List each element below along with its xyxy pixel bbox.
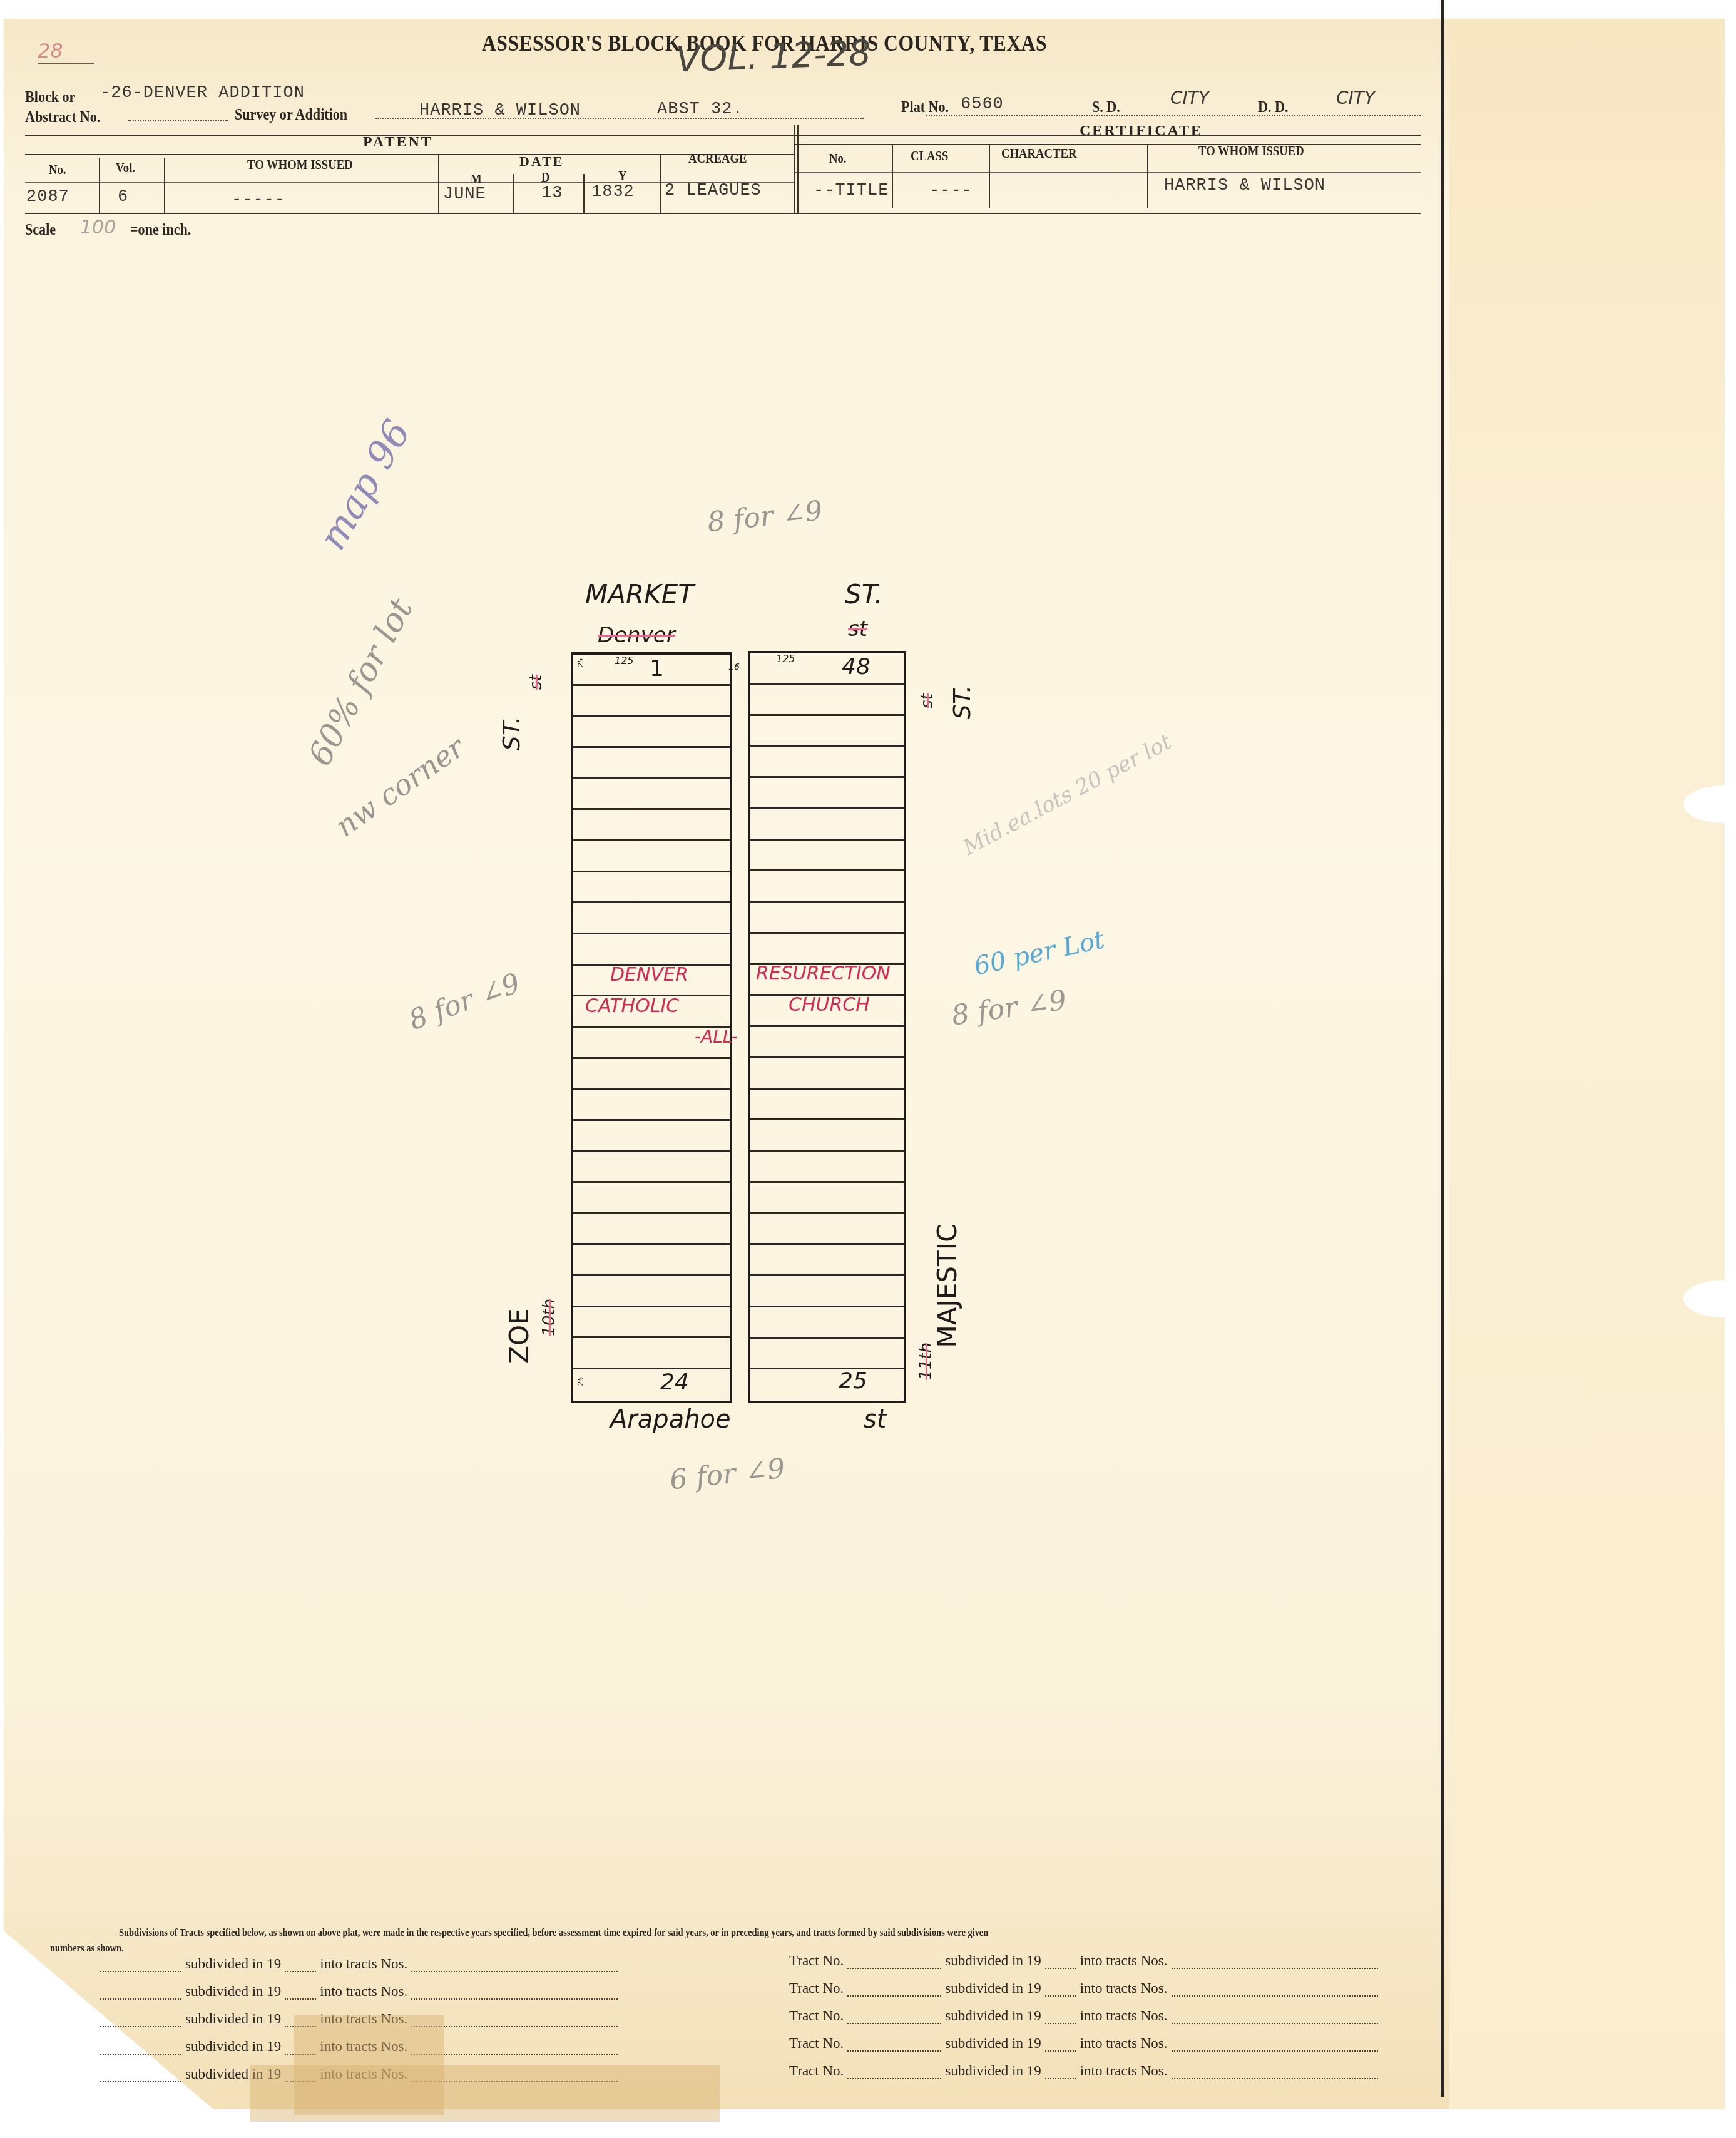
subdivision-row: Tract No.subdivided in 19into tracts Nos…	[785, 1953, 1378, 1969]
tract-field[interactable]	[100, 1987, 181, 2000]
patent-col-to-whom: TO WHOM ISSUED	[247, 156, 353, 173]
col-rule	[164, 158, 165, 213]
lot-parcel[interactable]	[573, 1090, 730, 1121]
lot-label-west-top: 1	[650, 656, 664, 682]
west-bottom-width: 25	[576, 1376, 585, 1386]
tract-field[interactable]	[847, 2039, 941, 2052]
owner-label-denver: DENVER	[610, 964, 688, 986]
lot-parcel[interactable]	[750, 1090, 904, 1121]
lot-parcel[interactable]	[573, 934, 730, 966]
street-east-suffix: ST.	[948, 685, 976, 720]
lot-label-east-top: 48	[842, 654, 871, 680]
block-east[interactable]	[748, 651, 906, 1403]
into-label: into tracts Nos.	[320, 1956, 407, 1972]
subdivided-label: subdivided in 19	[185, 2038, 281, 2055]
tracts-field[interactable]	[1172, 2039, 1378, 2052]
lot-parcel[interactable]	[750, 1214, 904, 1245]
street-north-old-suffix: st	[848, 616, 867, 642]
col-rule	[989, 145, 990, 208]
patent-col-vol: Vol.	[116, 160, 135, 176]
tract-field[interactable]	[100, 2070, 181, 2082]
col-rule	[99, 158, 100, 213]
lot-parcel[interactable]	[750, 1120, 904, 1152]
tracts-field[interactable]	[1172, 1956, 1378, 1969]
lot-parcel[interactable]	[750, 685, 904, 716]
cert-to-whom-value: HARRIS & WILSON	[1164, 176, 1325, 195]
lot-parcel[interactable]	[750, 1369, 904, 1401]
owner-label-resurection: RESURECTION	[756, 963, 891, 985]
lot-parcel[interactable]	[750, 653, 904, 685]
patent-col-year: Y	[618, 168, 627, 184]
cert-no-value: --TITLE	[814, 182, 889, 200]
table-top-rule	[25, 135, 1421, 136]
lot-parcel[interactable]	[573, 810, 730, 841]
subdivided-label: subdivided in 19	[185, 1983, 281, 2000]
block-label: Block or	[25, 88, 75, 106]
lot-parcel[interactable]	[750, 1276, 904, 1307]
scale-label: Scale	[25, 220, 56, 239]
owner-label-all: -ALL-	[695, 1026, 737, 1047]
lot-parcel[interactable]	[750, 809, 904, 841]
tract-field[interactable]	[100, 2015, 181, 2027]
tract-field[interactable]	[847, 1984, 941, 1997]
cert-col-no: No.	[829, 150, 847, 166]
tracts-field[interactable]	[411, 1987, 618, 2000]
col-rule	[1147, 145, 1148, 208]
alley-width: 16	[728, 662, 740, 672]
lot-parcel[interactable]	[573, 1121, 730, 1152]
lot-parcel[interactable]	[750, 934, 904, 965]
subdivision-row: Tract No.subdivided in 19into tracts Nos…	[785, 2035, 1378, 2052]
street-north-suffix: ST.	[845, 579, 883, 610]
col-rule	[438, 154, 439, 213]
patent-col-day: D	[541, 169, 550, 185]
tract-field[interactable]	[847, 2067, 941, 2079]
subdivisions-intro-cont: numbers as shown.	[50, 1942, 124, 1955]
owner-label-church: CHURCH	[789, 994, 870, 1016]
subdivision-row: subdivided in 19into tracts Nos.	[100, 1956, 618, 1972]
abstract-label: Abstract No.	[25, 108, 100, 126]
subdivided-label: subdivided in 19	[945, 2035, 1041, 2052]
certificate-header-rule	[795, 144, 1421, 145]
section-divider-double	[797, 125, 799, 213]
subdivided-label: subdivided in 19	[945, 2063, 1041, 2079]
plat-value: 6560	[961, 95, 1004, 114]
col-rule	[583, 174, 585, 213]
patent-col-no: No.	[49, 161, 66, 178]
tracts-field[interactable]	[1172, 2012, 1378, 2024]
page-number: 28	[38, 39, 94, 64]
lot-parcel[interactable]	[750, 747, 904, 778]
lot-parcel[interactable]	[573, 717, 730, 748]
west-top-width: 25	[576, 658, 585, 667]
subdivided-label: subdivided in 19	[185, 1956, 281, 1972]
survey-field-line	[375, 118, 864, 119]
year-field[interactable]	[1045, 1956, 1076, 1969]
street-west-old-name: 10th	[540, 1299, 559, 1336]
plat-label: Plat No.	[901, 98, 949, 116]
cert-col-class: CLASS	[911, 148, 948, 164]
owner-label-catholic: CATHOLIC	[585, 995, 679, 1017]
tract-label: Tract No.	[789, 2035, 844, 2052]
dd-label: D. D.	[1258, 98, 1289, 116]
repair-tape	[250, 2065, 720, 2122]
patent-col-date: DATE	[519, 153, 564, 170]
subdivided-label: subdivided in 19	[945, 1953, 1041, 1969]
street-west-suffix: ST.	[498, 717, 525, 751]
lot-label-east-bottom: 25	[839, 1368, 867, 1394]
into-label: into tracts Nos.	[1080, 1980, 1168, 1997]
street-west-old-suffix: st	[527, 675, 546, 690]
lot-parcel[interactable]	[573, 1183, 730, 1214]
subdivided-label: subdivided in 19	[185, 2011, 281, 2027]
into-label: into tracts Nos.	[320, 1983, 407, 2000]
tracts-field[interactable]	[411, 1960, 618, 1972]
patent-year-value: 1832	[591, 183, 635, 202]
lot-parcel[interactable]	[573, 1369, 730, 1401]
street-south-suffix: st	[864, 1405, 887, 1434]
lot-parcel[interactable]	[573, 686, 730, 717]
lot-parcel[interactable]	[573, 1214, 730, 1245]
certificate-subheader-rule	[795, 172, 1421, 173]
lot-parcel[interactable]	[573, 748, 730, 779]
lot-parcel[interactable]	[573, 1307, 730, 1339]
certificate-section-label: CERTIFICATE	[1080, 123, 1203, 140]
lot-parcel[interactable]	[750, 1307, 904, 1339]
tract-field[interactable]	[847, 2012, 941, 2024]
lot-parcel[interactable]	[750, 716, 904, 747]
cert-col-to-whom: TO WHOM ISSUED	[1198, 143, 1304, 159]
survey-label: Survey or Addition	[235, 105, 347, 124]
dd-value: CITY	[1336, 88, 1375, 108]
lot-parcel[interactable]	[750, 903, 904, 934]
into-label: into tracts Nos.	[1080, 2035, 1168, 2052]
subdivided-label: subdivided in 19	[945, 1980, 1041, 1997]
lot-parcel[interactable]	[573, 841, 730, 872]
block-value: -26-DENVER ADDITION	[100, 84, 305, 103]
subdivisions-intro: Subdivisions of Tracts specified below, …	[119, 1926, 988, 1939]
col-rule	[660, 154, 661, 213]
east-depth-dimension: 125	[776, 653, 795, 665]
street-north-name: MARKET	[585, 579, 694, 610]
patent-header-rule	[25, 154, 795, 155]
sd-value: CITY	[1170, 88, 1209, 108]
year-field[interactable]	[1045, 2039, 1076, 2052]
tract-field[interactable]	[847, 1956, 941, 1969]
table-bottom-rule	[25, 213, 1421, 214]
patent-no-value: 2087	[26, 188, 69, 207]
abst-value: ABST 32.	[657, 100, 743, 119]
lot-parcel[interactable]	[573, 1059, 730, 1090]
lot-parcel[interactable]	[750, 778, 904, 809]
lot-parcel[interactable]	[750, 1339, 904, 1370]
cert-class-value: ----	[929, 182, 973, 200]
street-east-old-name: 11th	[917, 1343, 936, 1380]
subdivision-row: Tract No.subdivided in 19into tracts Nos…	[785, 1980, 1378, 1997]
lot-parcel[interactable]	[750, 1152, 904, 1183]
right-margin-strip	[1449, 19, 1725, 2109]
tract-label: Tract No.	[789, 2063, 844, 2079]
street-east-old-suffix: st	[918, 693, 937, 708]
lot-parcel[interactable]	[750, 871, 904, 903]
year-field[interactable]	[285, 1987, 316, 2000]
year-field[interactable]	[1045, 1984, 1076, 1997]
cert-col-character: CHARACTER	[1001, 145, 1077, 161]
into-label: into tracts Nos.	[1080, 2063, 1168, 2079]
street-south-name: Arapahoe	[610, 1405, 731, 1434]
lot-parcel[interactable]	[573, 872, 730, 904]
abstract-field	[128, 120, 228, 121]
patent-day-value: 13	[541, 184, 563, 203]
subdivision-row: Tract No.subdivided in 19into tracts Nos…	[785, 2008, 1378, 2024]
lot-parcel[interactable]	[750, 1183, 904, 1214]
lot-parcel[interactable]	[573, 779, 730, 811]
patent-month-value: JUNE	[443, 185, 486, 204]
margin-rule	[1441, 0, 1444, 2097]
scale-suffix: =one inch.	[130, 220, 191, 239]
patent-vol-value: 6	[118, 188, 128, 207]
lot-parcel[interactable]	[573, 1276, 730, 1307]
tract-field[interactable]	[100, 1960, 181, 1972]
lot-parcel[interactable]	[573, 903, 730, 934]
tracts-field[interactable]	[1172, 2067, 1378, 2079]
scale-value: 100	[80, 217, 116, 238]
volume-note: VOL. 12-28	[675, 33, 872, 81]
lot-label-west-bottom: 24	[660, 1369, 689, 1395]
sd-label: S. D.	[1092, 98, 1120, 116]
patent-col-acreage: ACREAGE	[688, 150, 747, 166]
col-rule	[892, 145, 893, 208]
patent-to-whom-value: -----	[232, 191, 285, 210]
tract-label: Tract No.	[789, 1953, 844, 1969]
lot-parcel[interactable]	[573, 1338, 730, 1369]
west-depth-dimension: 125	[615, 655, 634, 667]
tract-label: Tract No.	[789, 2008, 844, 2024]
street-north-old-name: Denver	[598, 623, 675, 648]
lot-parcel[interactable]	[750, 841, 904, 872]
year-field[interactable]	[1045, 2012, 1076, 2024]
patent-section-label: PATENT	[363, 134, 433, 151]
into-label: into tracts Nos.	[1080, 2008, 1168, 2024]
year-field[interactable]	[1045, 2067, 1076, 2079]
lot-parcel[interactable]	[750, 1058, 904, 1090]
tract-label: Tract No.	[789, 1980, 844, 1997]
col-rule	[513, 174, 514, 213]
patent-acreage-value: 2 LEAGUES	[665, 182, 762, 200]
plat-field-line	[926, 115, 1421, 116]
subdivision-row: Tract No.subdivided in 19into tracts Nos…	[785, 2063, 1378, 2079]
street-west-name: ZOE	[504, 1308, 534, 1363]
subdivided-label: subdivided in 19	[945, 2008, 1041, 2024]
tract-field[interactable]	[100, 2042, 181, 2055]
street-east-name: MAJESTIC	[932, 1224, 962, 1348]
lot-parcel[interactable]	[750, 1027, 904, 1058]
lot-parcel[interactable]	[573, 1245, 730, 1276]
year-field[interactable]	[285, 1960, 316, 1972]
into-label: into tracts Nos.	[1080, 1953, 1168, 1969]
tracts-field[interactable]	[1172, 1984, 1378, 1997]
section-divider	[794, 125, 795, 213]
lot-parcel[interactable]	[573, 1152, 730, 1184]
lot-parcel[interactable]	[750, 1245, 904, 1276]
subdivision-row: subdivided in 19into tracts Nos.	[100, 1983, 618, 2000]
